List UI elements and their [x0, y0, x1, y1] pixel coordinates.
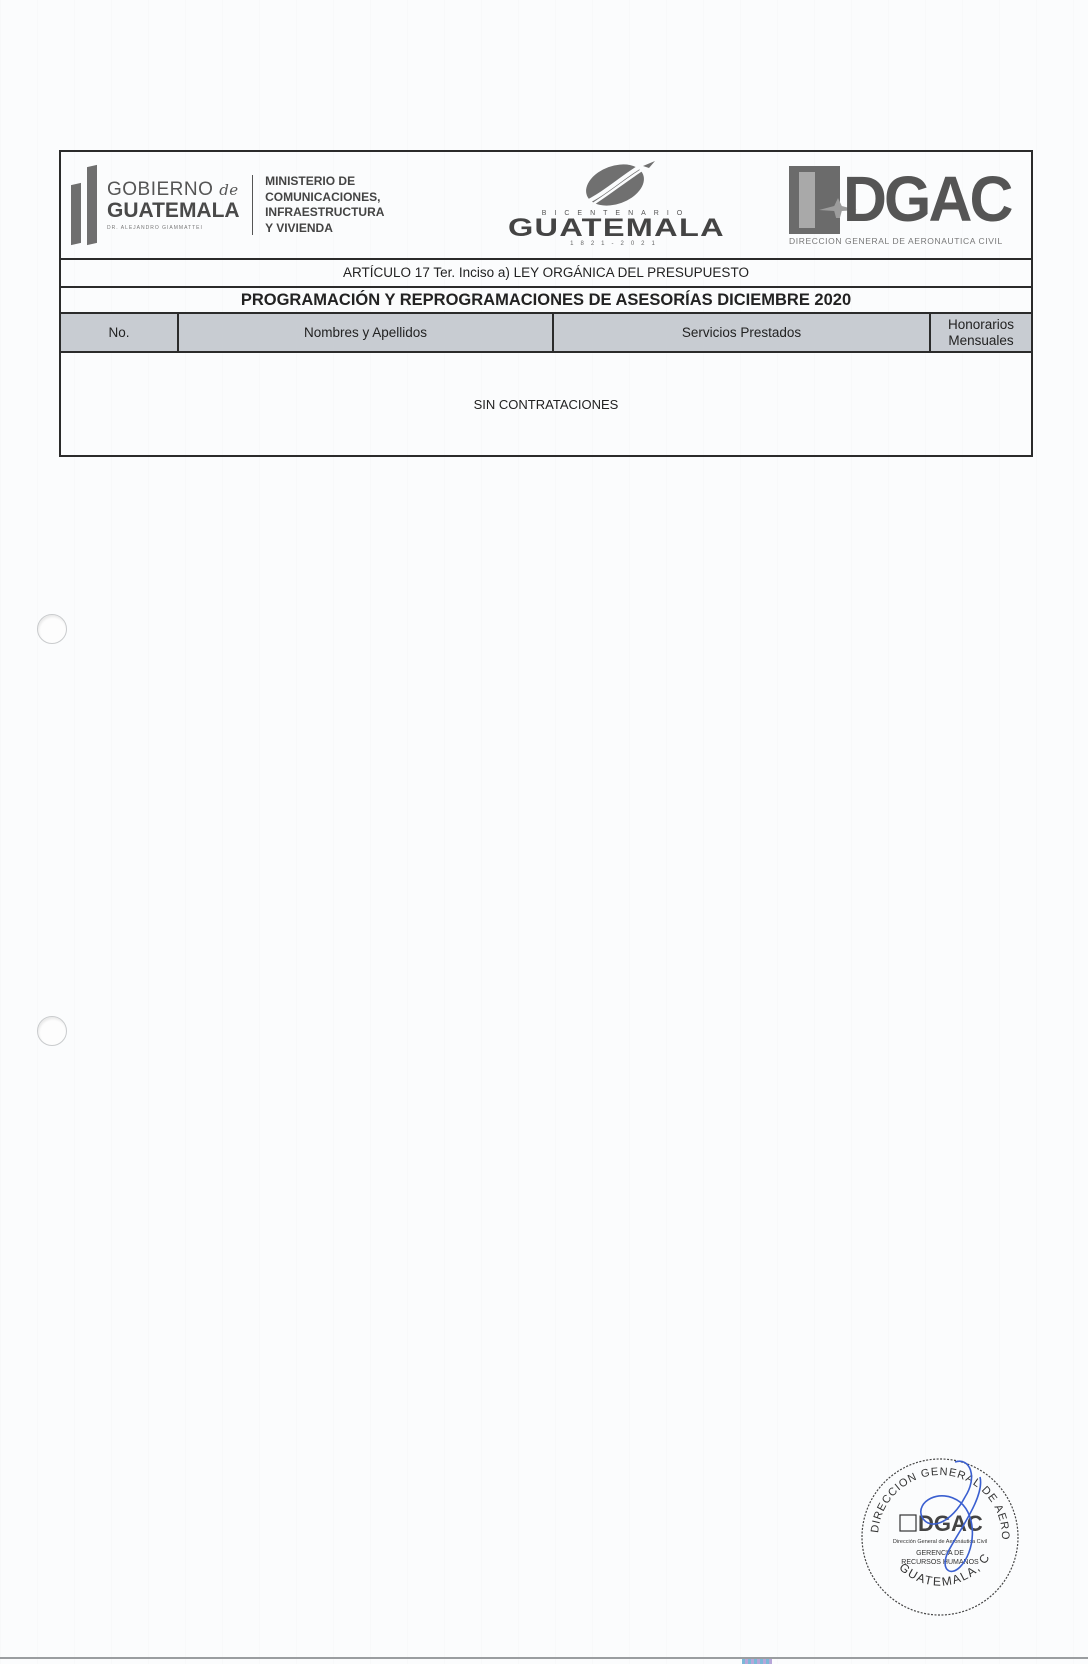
official-stamp: DIRECCION GENERAL DE AERONAUTICA CIVIL G…: [860, 1457, 1020, 1617]
column-header-services: Servicios Prestados: [553, 314, 930, 352]
stamp-line1: Dirección General de Aeronáutica Civil: [893, 1539, 987, 1545]
table-header-row: No. Nombres y Apellidos Servicios Presta…: [61, 314, 1031, 352]
dgac-logo: DGAC DIRECCION GENERAL DE AERONAUTICA CI…: [789, 166, 1019, 246]
page-edge: [0, 1657, 1088, 1659]
bicentenary-logo: BICENTENARIO GUATEMALA 1821-2021: [511, 158, 721, 247]
document-frame: GOBIERNO de GUATEMALA DR. ALEJANDRO GIAM…: [59, 150, 1033, 457]
letterhead: GOBIERNO de GUATEMALA DR. ALEJANDRO GIAM…: [61, 152, 1031, 260]
logo-divider: [252, 175, 254, 235]
punch-hole-bottom: [37, 1016, 67, 1046]
page-title: PROGRAMACIÓN Y REPROGRAMACIONES DE ASESO…: [61, 288, 1031, 314]
quetzal-swoosh-icon: [571, 158, 661, 208]
stamp-line2: GERENCIA DE: [916, 1550, 964, 1557]
empty-message: SIN CONTRATACIONES: [61, 352, 1031, 455]
bicentenary-name: GUATEMALA: [508, 217, 725, 239]
scanner-artifact: [742, 1659, 772, 1664]
gov-logo-connector: de: [219, 181, 238, 199]
table-row: SIN CONTRATACIONES: [61, 352, 1031, 455]
government-logo: GOBIERNO de GUATEMALA DR. ALEJANDRO GIAM…: [71, 162, 384, 248]
gov-logo-line1: GOBIERNO: [107, 179, 213, 200]
column-header-fees: Honorarios Mensuales: [930, 314, 1031, 352]
gov-logo-line3: DR. ALEJANDRO GIAMMATTEI: [107, 225, 240, 231]
advisory-table: No. Nombres y Apellidos Servicios Presta…: [61, 314, 1031, 455]
stamp-line3: RECURSOS HUMANOS: [901, 1559, 979, 1566]
tower-plane-icon: [789, 166, 840, 234]
column-header-names: Nombres y Apellidos: [178, 314, 553, 352]
ministry-name: MINISTERIO DE COMUNICACIONES, INFRAESTRU…: [265, 174, 384, 236]
flag-bars-icon: [71, 166, 97, 244]
dgac-acronym: DGAC: [843, 166, 1011, 234]
gov-logo-line2: GUATEMALA: [107, 201, 240, 221]
punch-hole-top: [37, 614, 67, 644]
dgac-subtitle: DIRECCION GENERAL DE AERONAUTICA CIVIL: [789, 236, 1019, 246]
column-header-number: No.: [61, 314, 178, 352]
legal-reference: ARTÍCULO 17 Ter. Inciso a) LEY ORGÁNICA …: [61, 260, 1031, 288]
